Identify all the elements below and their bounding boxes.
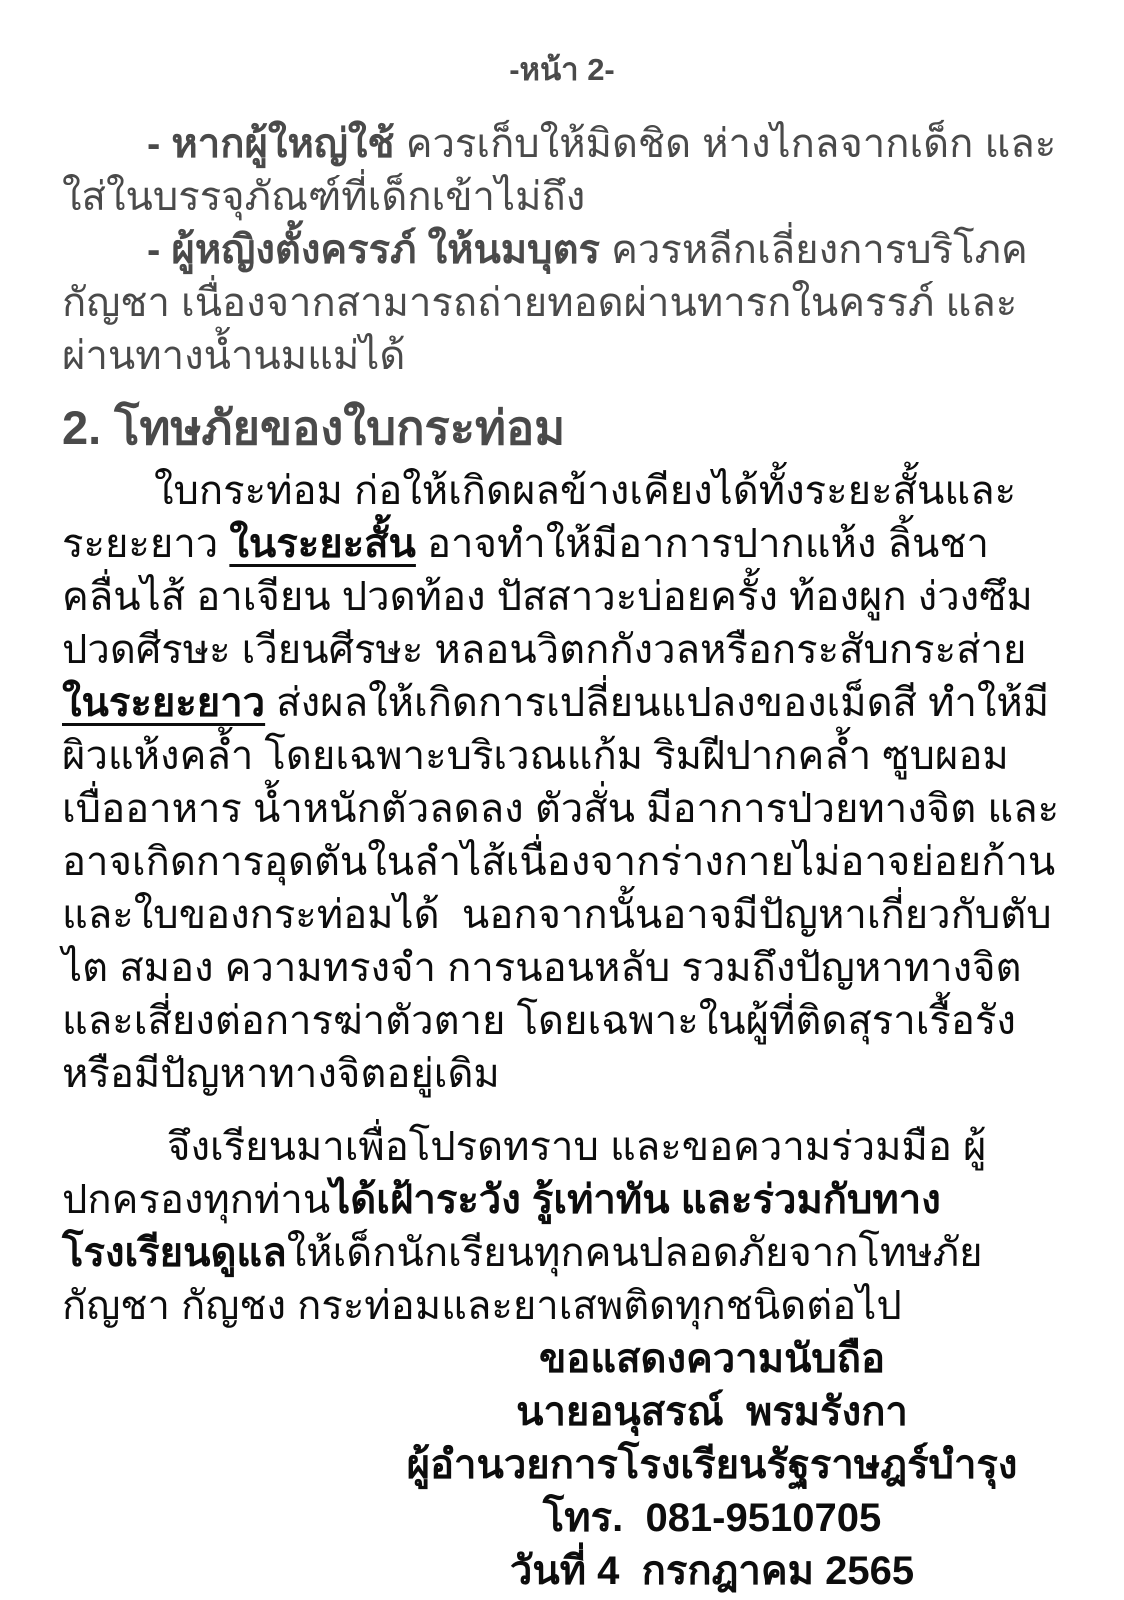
closing-paragraph: จึงเรียนมาเพื่อโปรดทราบ และขอความร่วมมือ… xyxy=(62,1121,1062,1333)
signature-date: วันที่ 4 กรกฎาคม 2565 xyxy=(362,1545,1062,1598)
signature-salutation: ขอแสดงความนับถือ xyxy=(362,1333,1062,1386)
kratom-effects-paragraph: ใบกระท่อม ก่อให้เกิดผลข้างเคียงได้ทั้งระ… xyxy=(62,465,1062,1101)
bullet-pregnancy: - ผู้หญิงตั้งครรภ์ ให้นมบุตร ควรหลีกเลี่… xyxy=(62,224,1062,383)
signature-phone: โทร. 081-9510705 xyxy=(362,1492,1062,1545)
signature-name: นายอนุสรณ์ พรมรังกา xyxy=(362,1386,1062,1439)
short-term-label: ในระยะสั้น xyxy=(229,522,416,566)
long-term-label: ในระยะยาว xyxy=(62,681,265,725)
bullet-adult-use-lead: - หากผู้ใหญ่ใช้ xyxy=(147,122,395,166)
page-number: -หน้า 2- xyxy=(62,50,1062,90)
section-heading-kratom: 2. โทษภัยของใบกระท่อม xyxy=(62,399,1062,457)
bullet-adult-use: - หากผู้ใหญ่ใช้ ควรเก็บให้มิดชิด ห่างไกล… xyxy=(62,118,1062,224)
signature-title: ผู้อำนวยการโรงเรียนรัฐราษฎร์บำรุง xyxy=(362,1439,1062,1492)
signature-block: ขอแสดงความนับถือ นายอนุสรณ์ พรมรังกา ผู้… xyxy=(362,1333,1062,1598)
bullet-pregnancy-lead: - ผู้หญิงตั้งครรภ์ ให้นมบุตร xyxy=(147,228,600,272)
long-term-text: ส่งผลให้เกิดการเปลี่ยนแปลงของเม็ดสี ทำให… xyxy=(62,681,1063,1096)
letter-page-2: -หน้า 2- - หากผู้ใหญ่ใช้ ควรเก็บให้มิดชิ… xyxy=(0,0,1124,1600)
